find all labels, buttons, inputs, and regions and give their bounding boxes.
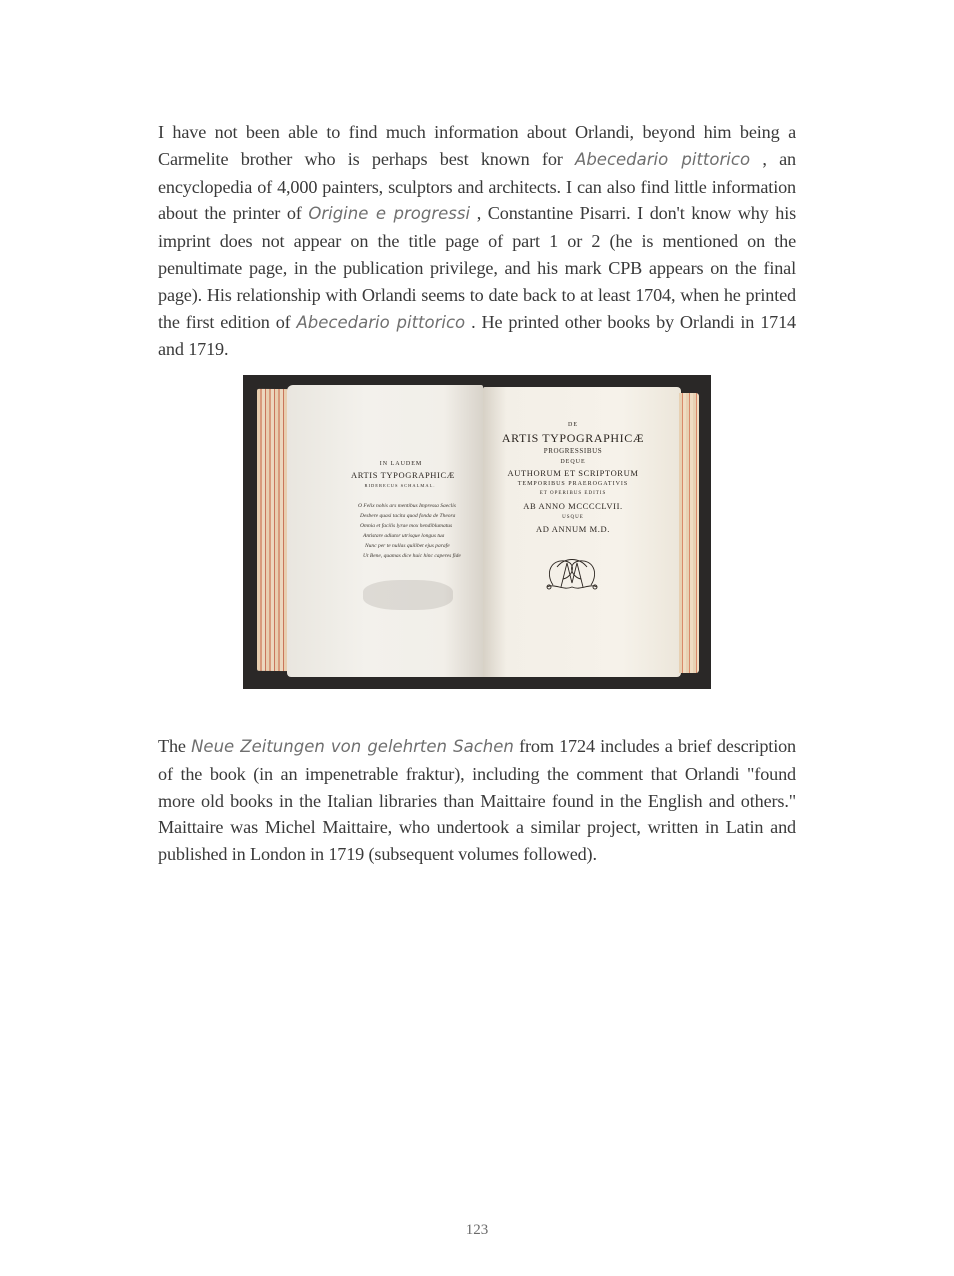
left-verse-3: Omnia et facilis lyrae mox hendiblumatus [360, 523, 452, 529]
italic-title: Origine e progressi [308, 204, 470, 223]
left-heading-small: IN LAUDEM [361, 461, 441, 467]
title-line-9: USQUE [493, 515, 653, 520]
page-number: 123 [0, 1222, 954, 1239]
text-run: The [158, 736, 191, 756]
left-verse-5: Nunc per te nullas quilibet ejus parafe [365, 543, 450, 549]
italic-title: Neue Zeitungen von gelehrten Sachen [191, 737, 514, 756]
title-line-5: AUTHORUM ET SCRIPTORUM [483, 468, 663, 478]
title-line-1: DE [493, 422, 653, 428]
left-verse-6: Ut Bene, quamas dice huic hinc caperes f… [363, 553, 461, 559]
left-heading: ARTIS TYPOGRAPHICÆ [351, 470, 451, 480]
title-line-3: PROGRESSIBUS [493, 447, 653, 455]
title-line-4: DEQUE [493, 459, 653, 465]
title-line-10: AD ANNUM M.D. [493, 524, 653, 534]
show-through-ornament [363, 580, 453, 610]
italic-title: Abecedario pittorico [297, 313, 466, 332]
paragraph-orlandi-pisarri: I have not been able to find much inform… [158, 119, 796, 363]
left-verse-1: O Felix nobis ars mentibus Impressa Saec… [358, 503, 456, 509]
title-line-2: ARTIS TYPOGRAPHICÆ [483, 431, 663, 446]
left-subheading: RIDERECUS SCHALMAL. [355, 483, 445, 488]
title-line-6: TEMPORIBUS PRAEROGATIVIS [493, 481, 653, 487]
book-photo: IN LAUDEM ARTIS TYPOGRAPHICÆ RIDERECUS S… [243, 375, 711, 689]
title-line-7: ET OPERIBUS EDITIS [493, 491, 653, 496]
left-verse-4: Antistare adiutor utrisque longus tua [363, 533, 444, 539]
book-right-page-edges [679, 393, 699, 673]
italic-title: Abecedario pittorico [575, 150, 750, 169]
paragraph-neue-zeitungen: The Neue Zeitungen von gelehrten Sachen … [158, 733, 796, 868]
left-verse-2: Desbere quasi tacita quod fonda de Theor… [360, 513, 455, 519]
printer-monogram-icon [543, 553, 601, 593]
title-line-8: AB ANNO MCCCCLVII. [493, 501, 653, 511]
book-left-page [287, 385, 483, 677]
